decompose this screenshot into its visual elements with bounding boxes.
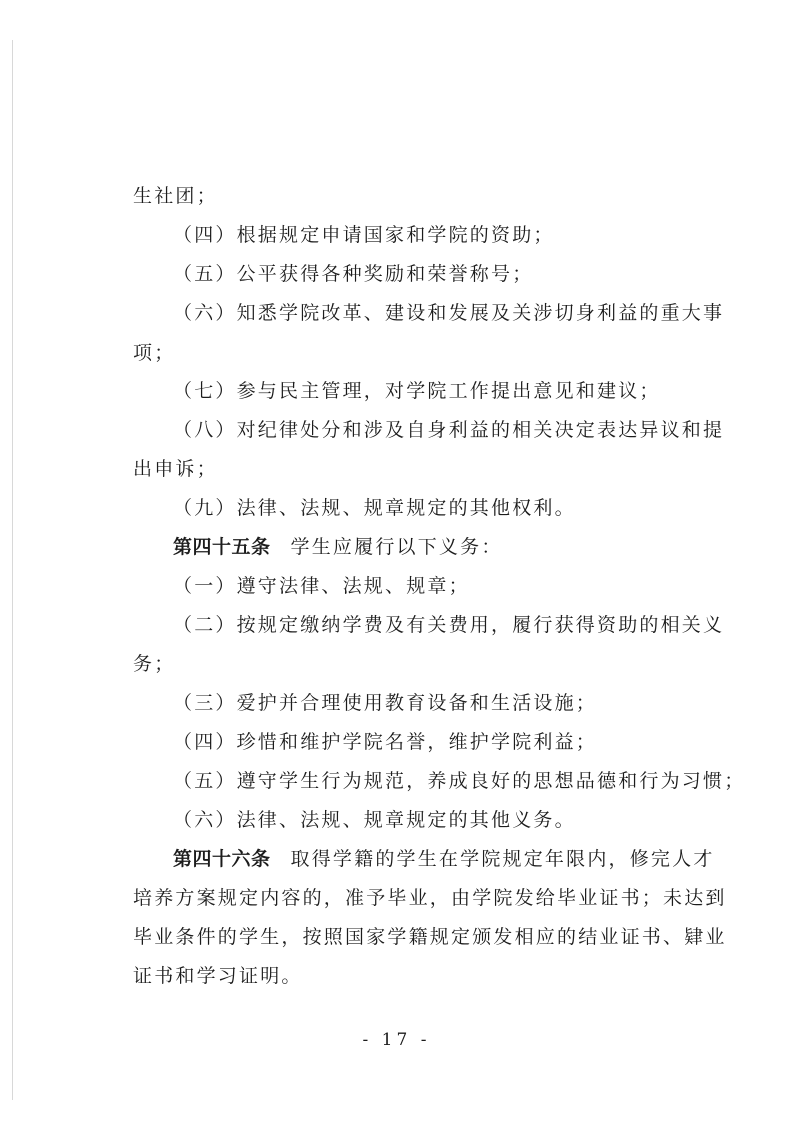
line-text: 毕业条件的学生，按照国家学籍规定颁发相应的结业证书、肄业: [133, 926, 727, 948]
page-number: - 17 -: [0, 1030, 793, 1050]
line-text: （五）公平获得各种奖励和荣誉称号；: [173, 263, 533, 285]
text-line: 务；: [133, 652, 175, 676]
line-text: （四）珍惜和维护学院名誉，维护学院利益；: [173, 731, 597, 753]
text-line: 证书和学习证明。: [133, 964, 303, 988]
line-text: 出申诉；: [133, 458, 218, 480]
article-number: 第四十五条: [173, 536, 271, 558]
text-line: （六）知悉学院改革、建设和发展及关涉切身利益的重大事: [173, 301, 724, 325]
line-text: （六）知悉学院改革、建设和发展及关涉切身利益的重大事: [173, 302, 724, 324]
text-line: 出申诉；: [133, 457, 218, 481]
article-heading-line: 第四十六条取得学籍的学生在学院规定年限内，修完人才: [173, 847, 715, 871]
text-line: （六）法律、法规、规章规定的其他义务。: [173, 808, 576, 832]
line-text: （五）遵守学生行为规范，养成良好的思想品德和行为习惯；: [173, 770, 745, 792]
line-text: 项；: [133, 342, 175, 364]
text-line: 培养方案规定内容的，准予毕业，由学院发给毕业证书；未达到: [133, 886, 727, 910]
page-margin-line: [12, 40, 13, 1100]
line-text: （七）参与民主管理，对学院工作提出意见和建议；: [173, 380, 661, 402]
article-heading-line: 第四十五条学生应履行以下义务：: [173, 535, 503, 559]
text-line: 项；: [133, 341, 175, 365]
text-line: （九）法律、法规、规章规定的其他权利。: [173, 496, 576, 520]
line-text: （三）爱护并合理使用教育设备和生活设施；: [173, 692, 597, 714]
text-line: （二）按规定缴纳学费及有关费用，履行获得资助的相关义: [173, 613, 724, 637]
line-text: （四）根据规定申请国家和学院的资助；: [173, 224, 555, 246]
text-line: 毕业条件的学生，按照国家学籍规定颁发相应的结业证书、肄业: [133, 925, 727, 949]
article-number: 第四十六条: [173, 848, 271, 870]
line-text: （六）法律、法规、规章规定的其他义务。: [173, 809, 576, 831]
text-line: （七）参与民主管理，对学院工作提出意见和建议；: [173, 379, 661, 403]
line-text: （八）对纪律处分和涉及自身利益的相关决定表达异议和提: [173, 419, 724, 441]
text-line: （三）爱护并合理使用教育设备和生活设施；: [173, 691, 597, 715]
line-text: （一）遵守法律、法规、规章；: [173, 575, 470, 597]
text-line: （一）遵守法律、法规、规章；: [173, 574, 470, 598]
line-text: （九）法律、法规、规章规定的其他权利。: [173, 497, 576, 519]
line-text: 证书和学习证明。: [133, 965, 303, 987]
text-line: 生社团；: [133, 184, 218, 208]
text-line: （五）遵守学生行为规范，养成良好的思想品德和行为习惯；: [173, 769, 745, 793]
line-text: 学生应履行以下义务：: [291, 536, 503, 558]
line-text: 培养方案规定内容的，准予毕业，由学院发给毕业证书；未达到: [133, 887, 727, 909]
text-line: （五）公平获得各种奖励和荣誉称号；: [173, 262, 533, 286]
text-line: （四）根据规定申请国家和学院的资助；: [173, 223, 555, 247]
line-text: 取得学籍的学生在学院规定年限内，修完人才: [291, 848, 715, 870]
line-text: 务；: [133, 653, 175, 675]
line-text: 生社团；: [133, 185, 218, 207]
text-line: （八）对纪律处分和涉及自身利益的相关决定表达异议和提: [173, 418, 724, 442]
line-text: （二）按规定缴纳学费及有关费用，履行获得资助的相关义: [173, 614, 724, 636]
text-line: （四）珍惜和维护学院名誉，维护学院利益；: [173, 730, 597, 754]
